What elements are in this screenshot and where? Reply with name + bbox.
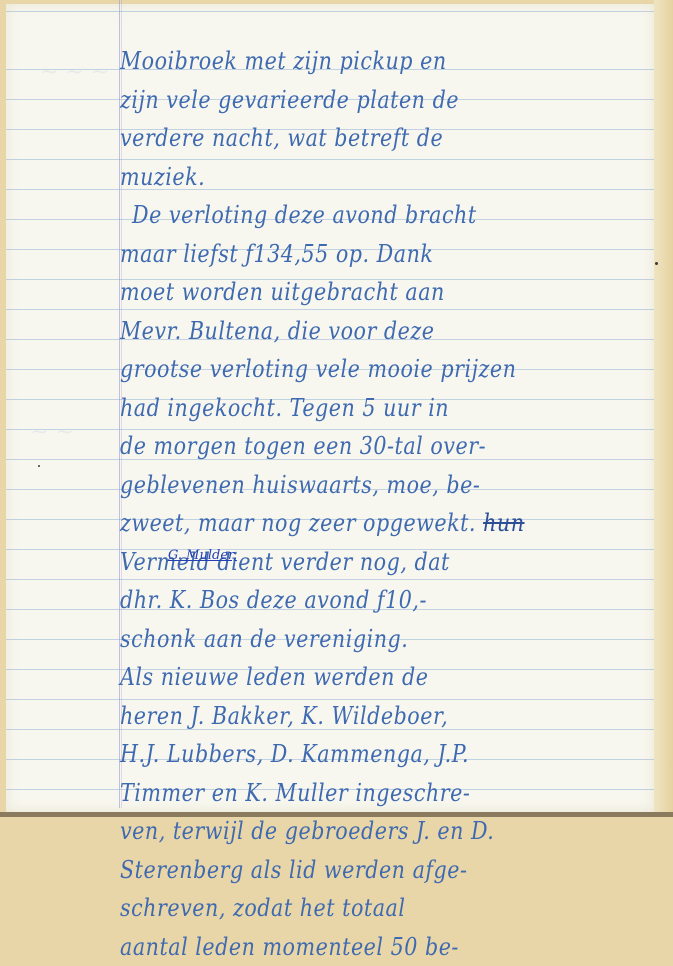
inserted-name-annotation: G. Mulder,: [168, 548, 237, 563]
text-line-19: H.J. Lubbers, D. Kammenga, J.P.: [120, 735, 576, 774]
text-line-13-content: zweet, maar nog zeer opgewekt.: [120, 509, 476, 537]
text-line-16: schonk aan de vereniging.: [120, 620, 576, 659]
text-line-7: moet worden uitgebracht aan: [120, 273, 576, 312]
text-line-9: grootse verloting vele mooie prijzen: [120, 350, 576, 389]
text-line-4: muziek.: [120, 158, 576, 197]
text-line-1: Mooibroek met zijn pickup en: [120, 42, 576, 81]
text-line-11: de morgen togen een 30-tal over-: [120, 427, 576, 466]
text-line-13: zweet, maar nog zeer opgewekt. hun: [120, 504, 576, 543]
ink-speck: [655, 262, 658, 265]
text-line-15: dhr. K. Bos deze avond ƒ10,-: [120, 581, 576, 620]
text-line-12: geblevenen huiswaarts, moe, be-: [120, 466, 576, 505]
text-line-18: heren J. Bakker, K. Wildeboer,: [120, 697, 576, 736]
text-line-5: De verloting deze avond bracht: [120, 196, 576, 235]
text-line-10: had ingekocht. Tegen 5 uur in: [120, 389, 576, 428]
ink-speck: [38, 465, 40, 467]
page-edge-right: [654, 0, 673, 817]
text-line-2: zijn vele gevarieerde platen de: [120, 81, 576, 120]
text-line-21: ven, terwijl de gebroeders J. en D.: [120, 812, 576, 817]
struck-word: hun: [483, 509, 524, 537]
text-line-20: Timmer en K. Muller ingeschre-: [120, 774, 576, 813]
text-line-3: verdere nacht, wat betreft de: [120, 119, 576, 158]
text-line-17: Als nieuwe leden werden de: [120, 658, 576, 697]
handwritten-text-body: Mooibroek met zijn pickup en zijn vele g…: [120, 42, 650, 817]
text-line-6: maar liefst ƒ134,55 op. Dank: [120, 235, 576, 274]
text-line-8: Mevr. Bultena, die voor deze: [120, 312, 576, 351]
